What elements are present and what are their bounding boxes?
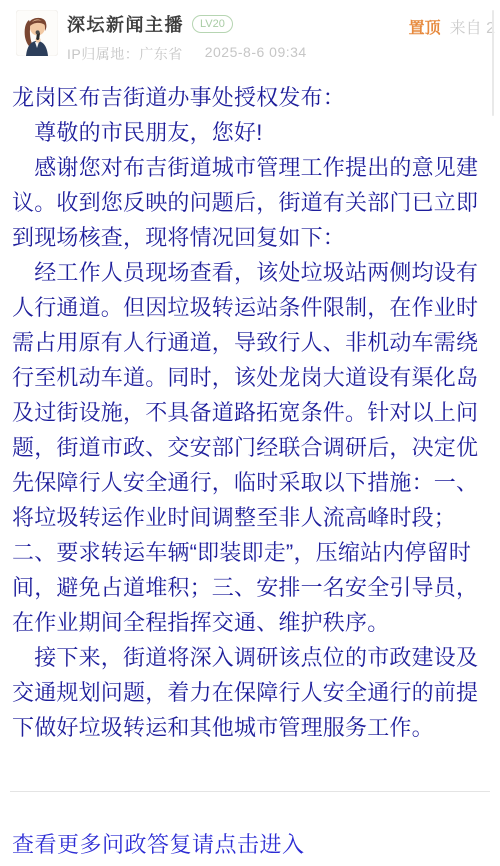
header-main: 深坛新闻主播 LV20 IP归属地：广东省 2025-8-6 09:34 [67,10,307,64]
post-header: 深坛新闻主播 LV20 IP归属地：广东省 2025-8-6 09:34 置顶 … [0,0,500,64]
avatar[interactable] [16,10,58,56]
pinned-badge: 置顶 [409,15,441,38]
scrollbar[interactable] [492,10,494,116]
header-right: 置顶 来自 2 [409,15,495,38]
post-body: 龙岗区布吉街道办事处授权发布： 尊敬的市民朋友，您好! 感谢您对布吉街道城市管理… [0,80,500,745]
meta-row: IP归属地：广东省 2025-8-6 09:34 [67,44,307,64]
post-card: 深坛新闻主播 LV20 IP归属地：广东省 2025-8-6 09:34 置顶 … [0,0,500,866]
more-replies-link[interactable]: 查看更多问政答复请点击进入 [12,828,305,859]
level-badge: LV20 [192,15,233,33]
post-timestamp: 2025-8-6 09:34 [205,44,307,64]
username[interactable]: 深坛新闻主播 [67,11,184,37]
post-source: 来自 2 [450,15,495,38]
name-row: 深坛新闻主播 LV20 [67,11,307,37]
news-anchor-avatar-icon [16,10,58,56]
divider [10,791,490,792]
ip-location: IP归属地：广东省 [67,44,183,64]
